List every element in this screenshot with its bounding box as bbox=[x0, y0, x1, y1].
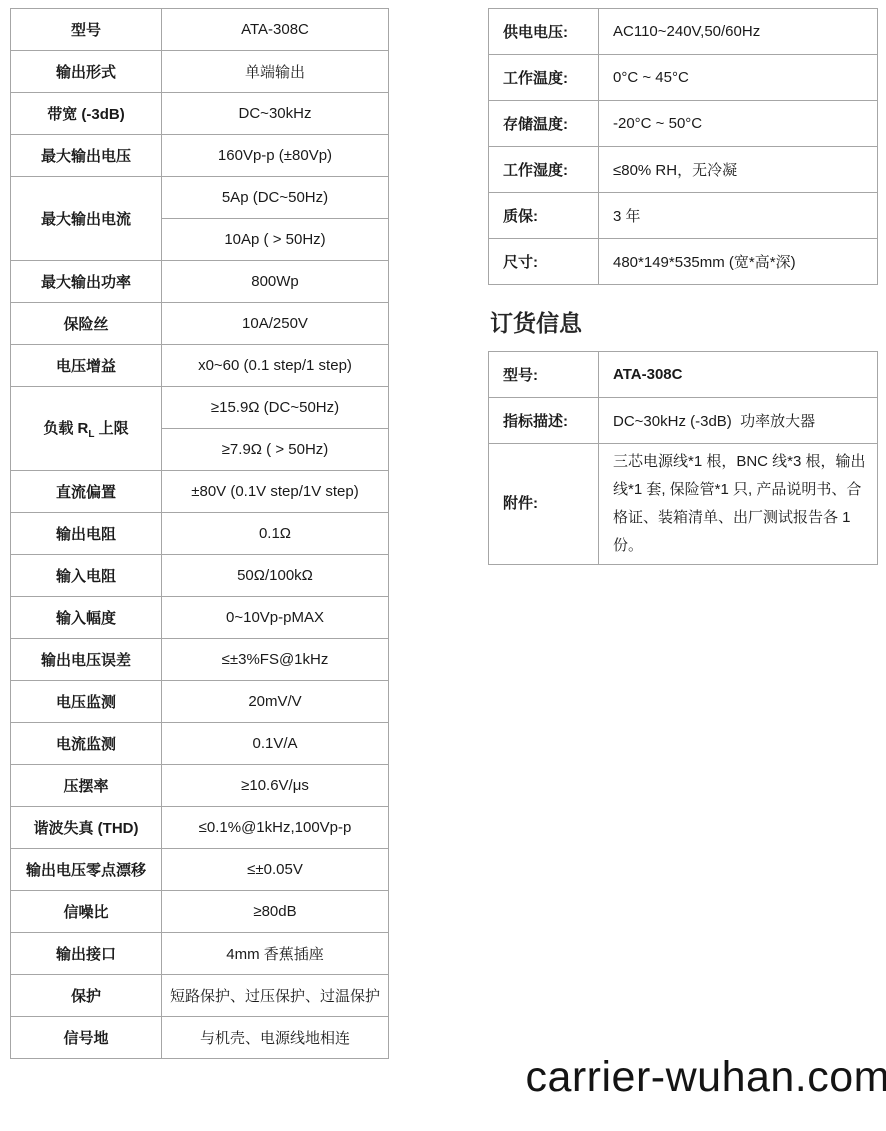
spec-row: 谐波失真 (THD)≤0.1%@1kHz,100Vp-p bbox=[11, 807, 389, 849]
spec-value: 短路保护、过压保护、过温保护 bbox=[162, 975, 389, 1017]
spec-label: 最大输出功率 bbox=[11, 261, 162, 303]
environment-row: 供电电压:AC110~240V,50/60Hz bbox=[489, 9, 878, 55]
spec-value: 10A/250V bbox=[162, 303, 389, 345]
spec-value: 0.1V/A bbox=[162, 723, 389, 765]
spec-value: 0.1Ω bbox=[162, 513, 389, 555]
spec-value: 与机壳、电源线地相连 bbox=[162, 1017, 389, 1059]
environment-row-value: ≤80% RH，无冷凝 bbox=[599, 147, 878, 193]
environment-row-value: -20°C ~ 50°C bbox=[599, 101, 878, 147]
spec-row: 输出接口4mm 香蕉插座 bbox=[11, 933, 389, 975]
environment-row: 质保:3 年 bbox=[489, 193, 878, 239]
environment-row-value: AC110~240V,50/60Hz bbox=[599, 9, 878, 55]
ordering-table: 型号:ATA-308C指标描述:DC~30kHz (-3dB) 功率放大器附件:… bbox=[488, 351, 878, 565]
spec-value: ≥7.9Ω ( > 50Hz) bbox=[162, 429, 389, 471]
spec-value: 0~10Vp-pMAX bbox=[162, 597, 389, 639]
spec-value: 160Vp-p (±80Vp) bbox=[162, 135, 389, 177]
spec-row: 保险丝10A/250V bbox=[11, 303, 389, 345]
spec-value: ≥15.9Ω (DC~50Hz) bbox=[162, 387, 389, 429]
environment-row-value: 0°C ~ 45°C bbox=[599, 55, 878, 101]
environment-row-label: 质保: bbox=[489, 193, 599, 239]
spec-value: 10Ap ( > 50Hz) bbox=[162, 219, 389, 261]
spec-row: 信噪比≥80dB bbox=[11, 891, 389, 933]
environment-row: 工作温度:0°C ~ 45°C bbox=[489, 55, 878, 101]
spec-label: 带宽 (-3dB) bbox=[11, 93, 162, 135]
spec-label: 信噪比 bbox=[11, 891, 162, 933]
spec-value: ±80V (0.1V step/1V step) bbox=[162, 471, 389, 513]
spec-row: 信号地与机壳、电源线地相连 bbox=[11, 1017, 389, 1059]
environment-row: 存储温度:-20°C ~ 50°C bbox=[489, 101, 878, 147]
ordering-row-label: 型号: bbox=[489, 352, 599, 398]
environment-row-label: 尺寸: bbox=[489, 239, 599, 285]
spec-row: 最大输出电压160Vp-p (±80Vp) bbox=[11, 135, 389, 177]
spec-row: 输出电压误差≤±3%FS@1kHz bbox=[11, 639, 389, 681]
spec-label: 信号地 bbox=[11, 1017, 162, 1059]
spec-table: 型号ATA-308C输出形式单端输出带宽 (-3dB)DC~30kHz最大输出电… bbox=[10, 8, 389, 1059]
spec-value: 5Ap (DC~50Hz) bbox=[162, 177, 389, 219]
spec-label: 输入电阻 bbox=[11, 555, 162, 597]
spec-value: 800Wp bbox=[162, 261, 389, 303]
spec-row: 直流偏置±80V (0.1V step/1V step) bbox=[11, 471, 389, 513]
spec-table-body: 型号ATA-308C输出形式单端输出带宽 (-3dB)DC~30kHz最大输出电… bbox=[11, 9, 389, 1059]
spec-label: 输出形式 bbox=[11, 51, 162, 93]
spec-value: 4mm 香蕉插座 bbox=[162, 933, 389, 975]
environment-row: 尺寸:480*149*535mm (宽*高*深) bbox=[489, 239, 878, 285]
spec-label: 保险丝 bbox=[11, 303, 162, 345]
spec-label: 最大输出电压 bbox=[11, 135, 162, 177]
spec-value: ≥80dB bbox=[162, 891, 389, 933]
spec-row: 输出电阻0.1Ω bbox=[11, 513, 389, 555]
spec-label: 输入幅度 bbox=[11, 597, 162, 639]
environment-row-label: 工作温度: bbox=[489, 55, 599, 101]
spec-label: 压摆率 bbox=[11, 765, 162, 807]
spec-value: ≤±3%FS@1kHz bbox=[162, 639, 389, 681]
environment-table-body: 供电电压:AC110~240V,50/60Hz工作温度:0°C ~ 45°C存储… bbox=[489, 9, 878, 285]
environment-row: 工作湿度:≤80% RH，无冷凝 bbox=[489, 147, 878, 193]
spec-row: 电流监测0.1V/A bbox=[11, 723, 389, 765]
spec-label: 谐波失真 (THD) bbox=[11, 807, 162, 849]
spec-row: 带宽 (-3dB)DC~30kHz bbox=[11, 93, 389, 135]
ordering-row-value: ATA-308C bbox=[599, 352, 878, 398]
environment-row-label: 存储温度: bbox=[489, 101, 599, 147]
spec-value: ≤±0.05V bbox=[162, 849, 389, 891]
ordering-row-label: 附件: bbox=[489, 444, 599, 565]
spec-row: 输出电压零点漂移≤±0.05V bbox=[11, 849, 389, 891]
spec-row: 电压监测20mV/V bbox=[11, 681, 389, 723]
spec-label: 输出接口 bbox=[11, 933, 162, 975]
ordering-row: 型号:ATA-308C bbox=[489, 352, 878, 398]
spec-value: 50Ω/100kΩ bbox=[162, 555, 389, 597]
spec-value: ATA-308C bbox=[162, 9, 389, 51]
spec-row: 最大输出功率800Wp bbox=[11, 261, 389, 303]
ordering-table-body: 型号:ATA-308C指标描述:DC~30kHz (-3dB) 功率放大器附件:… bbox=[489, 352, 878, 565]
spec-label: 保护 bbox=[11, 975, 162, 1017]
spec-label: 型号 bbox=[11, 9, 162, 51]
environment-row-value: 480*149*535mm (宽*高*深) bbox=[599, 239, 878, 285]
spec-row: 负载 RL 上限≥15.9Ω (DC~50Hz) bbox=[11, 387, 389, 429]
right-column: 供电电压:AC110~240V,50/60Hz工作温度:0°C ~ 45°C存储… bbox=[488, 8, 877, 565]
spec-label: 直流偏置 bbox=[11, 471, 162, 513]
spec-row: 保护短路保护、过压保护、过温保护 bbox=[11, 975, 389, 1017]
environment-table: 供电电压:AC110~240V,50/60Hz工作温度:0°C ~ 45°C存储… bbox=[488, 8, 878, 285]
environment-row-value: 3 年 bbox=[599, 193, 878, 239]
watermark-domain: carrier-wuhan.com bbox=[525, 1053, 886, 1102]
spec-row: 最大输出电流5Ap (DC~50Hz) bbox=[11, 177, 389, 219]
ordering-row: 指标描述:DC~30kHz (-3dB) 功率放大器 bbox=[489, 398, 878, 444]
spec-value: x0~60 (0.1 step/1 step) bbox=[162, 345, 389, 387]
ordering-row-value: 三芯电源线*1 根，BNC 线*3 根，输出线*1 套, 保险管*1 只, 产品… bbox=[599, 444, 878, 565]
spec-row: 型号ATA-308C bbox=[11, 9, 389, 51]
spec-label: 电压监测 bbox=[11, 681, 162, 723]
spec-row: 输入幅度0~10Vp-pMAX bbox=[11, 597, 389, 639]
spec-label: 负载 RL 上限 bbox=[11, 387, 162, 471]
ordering-section-title: 订货信息 bbox=[490, 305, 877, 338]
spec-label: 电压增益 bbox=[11, 345, 162, 387]
spec-label: 输出电压零点漂移 bbox=[11, 849, 162, 891]
spec-value: ≤0.1%@1kHz,100Vp-p bbox=[162, 807, 389, 849]
spec-row: 输出形式单端输出 bbox=[11, 51, 389, 93]
environment-row-label: 供电电压: bbox=[489, 9, 599, 55]
spec-row: 输入电阻50Ω/100kΩ bbox=[11, 555, 389, 597]
ordering-row-label: 指标描述: bbox=[489, 398, 599, 444]
spec-label: 输出电阻 bbox=[11, 513, 162, 555]
spec-value: ≥10.6V/μs bbox=[162, 765, 389, 807]
spec-label: 最大输出电流 bbox=[11, 177, 162, 261]
spec-value: 20mV/V bbox=[162, 681, 389, 723]
spec-label: 输出电压误差 bbox=[11, 639, 162, 681]
spec-row: 电压增益x0~60 (0.1 step/1 step) bbox=[11, 345, 389, 387]
environment-row-label: 工作湿度: bbox=[489, 147, 599, 193]
spec-value: 单端输出 bbox=[162, 51, 389, 93]
spec-row: 压摆率≥10.6V/μs bbox=[11, 765, 389, 807]
ordering-row: 附件:三芯电源线*1 根，BNC 线*3 根，输出线*1 套, 保险管*1 只,… bbox=[489, 444, 878, 565]
spec-value: DC~30kHz bbox=[162, 93, 389, 135]
ordering-row-value: DC~30kHz (-3dB) 功率放大器 bbox=[599, 398, 878, 444]
spec-label: 电流监测 bbox=[11, 723, 162, 765]
